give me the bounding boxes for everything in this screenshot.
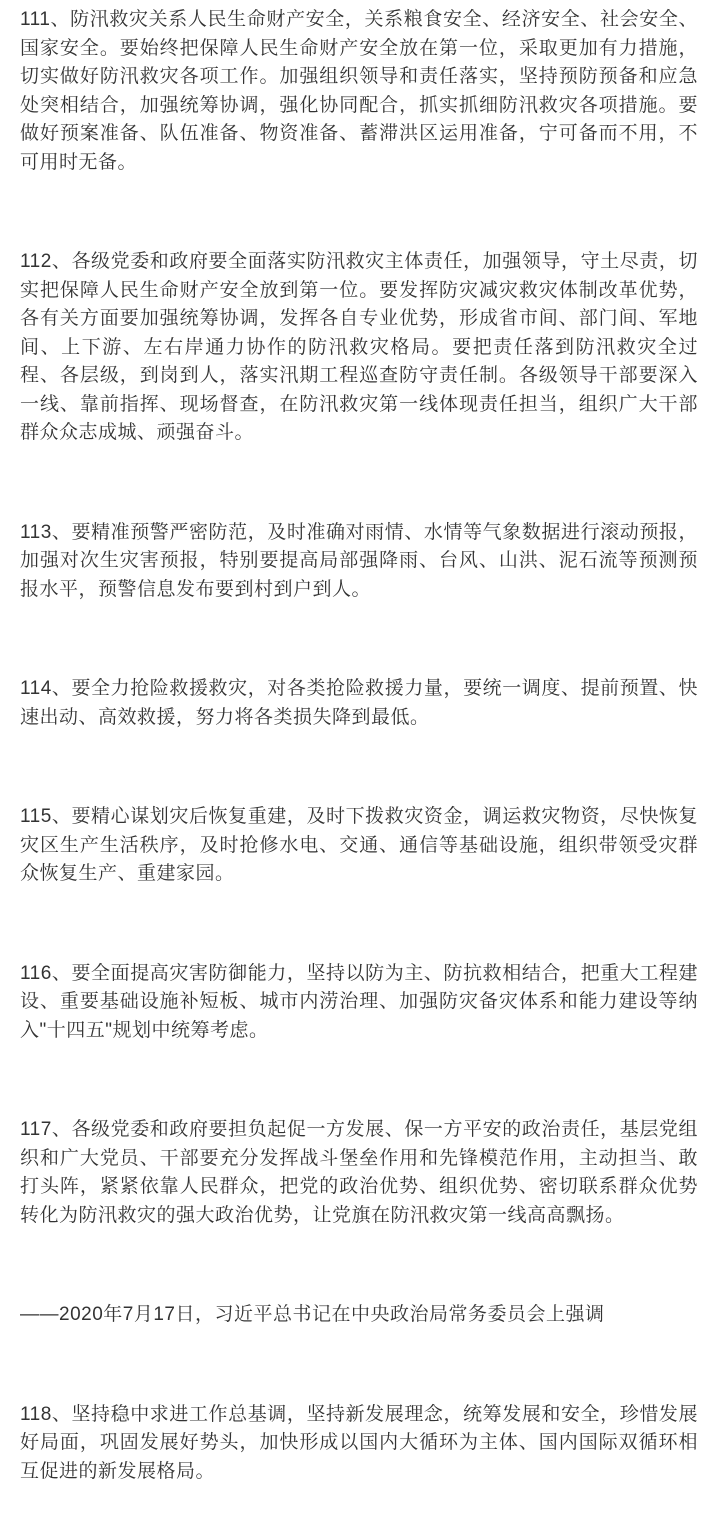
paragraph-111: 111、防汛救灾关系人民生命财产安全，关系粮食安全、经济安全、社会安全、国家安全… xyxy=(20,6,698,177)
paragraph-112: 112、各级党委和政府要全面落实防汛救灾主体责任，加强领导，守土尽责，切实把保障… xyxy=(20,248,698,448)
attribution-line: ——2020年7月17日，习近平总书记在中央政治局常务委员会上强调 xyxy=(20,1301,698,1330)
paragraph-118: 118、坚持稳中求进工作总基调，坚持新发展理念，统筹发展和安全，珍惜发展好局面，… xyxy=(20,1401,698,1487)
paragraph-116: 116、要全面提高灾害防御能力，坚持以防为主、防抗救相结合，把重大工程建设、重要… xyxy=(20,960,698,1046)
paragraph-115: 115、要精心谋划灾后恢复重建，及时下拨救灾资金，调运救灾物资，尽快恢复灾区生产… xyxy=(20,803,698,889)
article-body: 111、防汛救灾关系人民生命财产安全，关系粮食安全、经济安全、社会安全、国家安全… xyxy=(0,0,718,1526)
paragraph-114: 114、要全力抢险救援救灾，对各类抢险救援力量，要统一调度、提前预置、快速出动、… xyxy=(20,675,698,732)
paragraph-113: 113、要精准预警严密防范，及时准确对雨情、水情等气象数据进行滚动预报，加强对次… xyxy=(20,519,698,605)
paragraph-117: 117、各级党委和政府要担负起促一方发展、保一方平安的政治责任，基层党组织和广大… xyxy=(20,1116,698,1230)
